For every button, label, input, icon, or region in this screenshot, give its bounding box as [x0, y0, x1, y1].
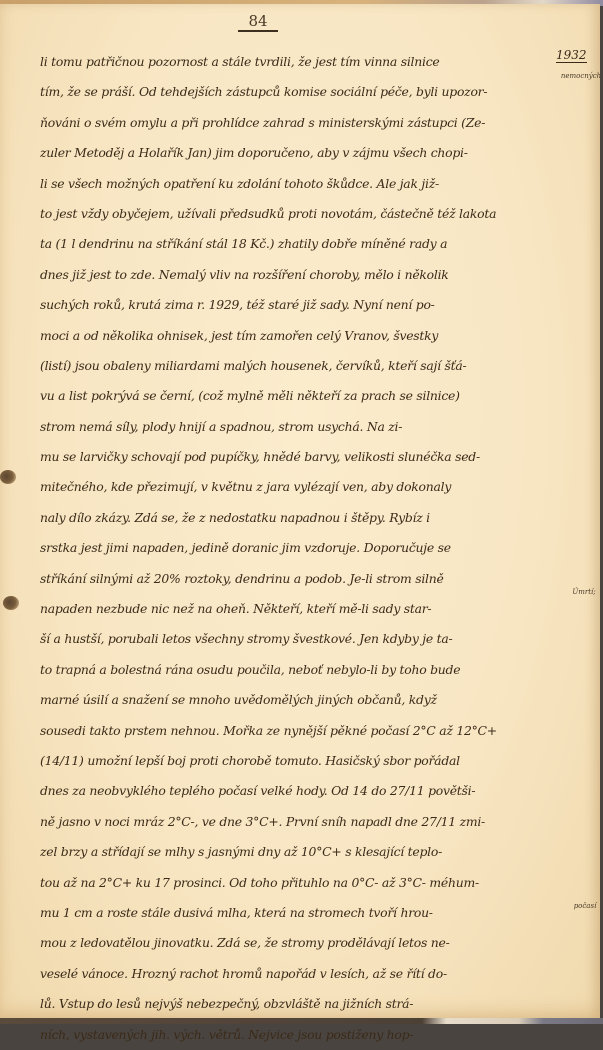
text-line: ně jasno v noci mráz 2°C-, ve dne 3°C+. … — [40, 807, 540, 837]
text-line: mitečného, kde přezimují, v květnu z jar… — [40, 472, 540, 502]
text-line: tím, že se práší. Od tehdejších zástupců… — [40, 77, 540, 107]
scan-bottom-edge — [0, 1018, 603, 1024]
text-line: to trapná a bolestná rána osudu poučila,… — [40, 655, 540, 685]
text-line: (14/11) umožní lepší boj proti chorobě t… — [40, 746, 540, 776]
punch-hole-icon — [3, 596, 19, 610]
text-line: veselé vánoce. Hrozný rachot hromů napoř… — [40, 959, 540, 989]
margin-note-top: nemocných — [560, 72, 602, 81]
text-line: srstka jest jimi napaden, jedině doranic… — [40, 533, 540, 563]
text-line: li se všech možných opatření ku zdolání … — [40, 169, 540, 199]
chronicle-page: 84 1932 nemocných Úmrtí; počasí li tomu … — [0, 4, 600, 1020]
text-line: sousedi takto prstem nehnou. Mořka ze ny… — [40, 716, 540, 746]
text-line: mu 1 cm a roste stále dusivá mlha, která… — [40, 898, 540, 928]
margin-note-middle: Úmrtí; — [565, 588, 603, 597]
text-line: strom nemá síly, plody hnijí a spadnou, … — [40, 412, 540, 442]
text-line: dnes za neobvyklého teplého počasí velké… — [40, 776, 540, 806]
text-line: tou až na 2°C+ ku 17 prosinci. Od toho p… — [40, 868, 540, 898]
text-line: zel brzy a střídají se mlhy s jasnými dn… — [40, 837, 540, 867]
text-line: ta (1 l dendrinu na stříkání stál 18 Kč.… — [40, 229, 540, 259]
page-number: 84 — [238, 12, 278, 32]
text-line: dnes již jest to zde. Nemalý vliv na roz… — [40, 260, 540, 290]
text-line: (listí) jsou obaleny miliardami malých h… — [40, 351, 540, 381]
text-line: vu a list pokrývá se černí, (což mylně m… — [40, 381, 540, 411]
text-line: zuler Metoděj a Holařík Jan) jim doporuč… — [40, 138, 540, 168]
margin-note-bottom: počasí — [568, 902, 602, 911]
text-line: to jest vždy obyčejem, užívali předsudků… — [40, 199, 540, 229]
punch-hole-icon — [0, 470, 16, 484]
handwritten-text-body: li tomu patřičnou pozornost a stále tvrd… — [40, 47, 540, 1024]
text-line: moci a od několika ohnisek, jest tím zam… — [40, 321, 540, 351]
text-line: ší a hustší, porubali letos všechny stro… — [40, 624, 540, 654]
margin-year: 1932 — [556, 48, 587, 63]
text-line: naly dílo zkázy. Zdá se, že z nedostatku… — [40, 503, 540, 533]
text-line: li tomu patřičnou pozornost a stále tvrd… — [40, 47, 540, 77]
text-line: marné úsilí a snažení se mnoho uvědomělý… — [40, 685, 540, 715]
text-line: lů. Vstup do lesů nejvýš nebezpečný, obz… — [40, 989, 540, 1019]
text-line: suchých roků, krutá zima r. 1929, též st… — [40, 290, 540, 320]
text-line: napaden nezbude nic než na oheň. Někteří… — [40, 594, 540, 624]
text-line: stříkání silnými až 20% roztoky, dendrin… — [40, 564, 540, 594]
text-line: mu se larvičky schovají pod pupíčky, hně… — [40, 442, 540, 472]
text-line: ňováni o svém omylu a při prohlídce zahr… — [40, 108, 540, 138]
text-line: mou z ledovatělou jinovatku. Zdá se, že … — [40, 928, 540, 958]
